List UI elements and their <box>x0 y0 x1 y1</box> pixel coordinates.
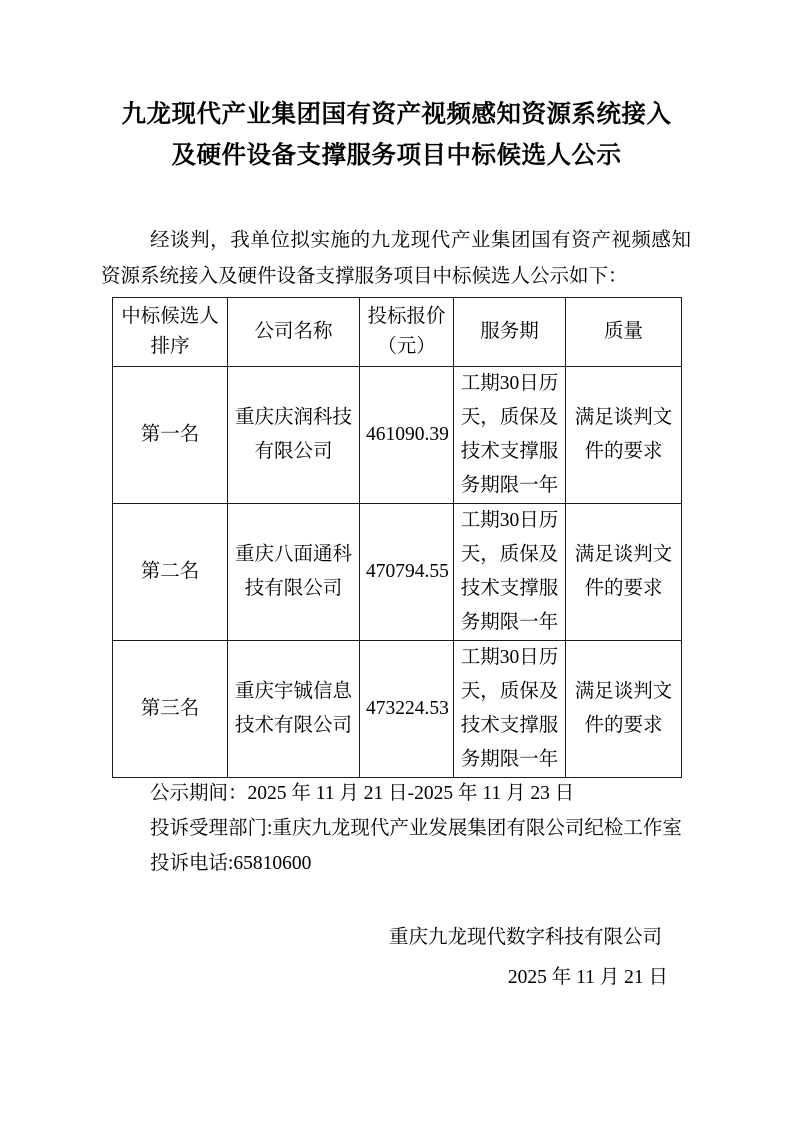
document-page: 九龙现代产业集团国有资产视频感知资源系统接入 及硬件设备支撑服务项目中标候选人公… <box>0 0 793 1122</box>
table-row: 第三名 重庆宇铖信息 技术有限公司 473224.53 工期30日历 天，质保及… <box>113 641 682 778</box>
rank-cell: 第一名 <box>113 367 228 504</box>
footer-notes: 公示期间：2025 年 11 月 21 日-2025 年 11 月 23 日 投… <box>150 776 693 881</box>
notice-period-text: 公示期间：2025 年 11 月 21 日-2025 年 11 月 23 日 <box>150 776 693 811</box>
company-cell: 重庆宇铖信息 技术有限公司 <box>228 641 360 778</box>
service-cell: 工期30日历 天，质保及 技术支撑服 务期限一年 <box>454 367 566 504</box>
quality-cell: 满足谈判文 件的要求 <box>566 641 682 778</box>
issue-date: 2025 年 11 月 21 日 <box>0 958 793 998</box>
header-service-period: 服务期 <box>454 298 566 367</box>
quality-cell: 满足谈判文 件的要求 <box>566 504 682 641</box>
company-cell: 重庆庆润科技 有限公司 <box>228 367 360 504</box>
page-title: 九龙现代产业集团国有资产视频感知资源系统接入 及硬件设备支撑服务项目中标候选人公… <box>0 0 793 176</box>
service-cell: 工期30日历 天，质保及 技术支撑服 务期限一年 <box>454 504 566 641</box>
service-cell: 工期30日历 天，质保及 技术支撑服 务期限一年 <box>454 641 566 778</box>
table-row: 第一名 重庆庆润科技 有限公司 461090.39 工期30日历 天，质保及 技… <box>113 367 682 504</box>
complaint-phone-text: 投诉电话:65810600 <box>150 846 693 881</box>
price-cell: 473224.53 <box>360 641 454 778</box>
signature-block: 重庆九龙现代数字科技有限公司 2025 年 11 月 21 日 <box>0 918 793 998</box>
quality-cell: 满足谈判文 件的要求 <box>566 367 682 504</box>
rank-cell: 第二名 <box>113 504 228 641</box>
header-price: 投标报价 （元） <box>360 298 454 367</box>
table-row: 第二名 重庆八面通科 技有限公司 470794.55 工期30日历 天，质保及 … <box>113 504 682 641</box>
price-cell: 461090.39 <box>360 367 454 504</box>
page-title-line2: 及硬件设备支撑服务项目中标候选人公示 <box>0 135 793 176</box>
candidates-table: 中标候选人 排序 公司名称 投标报价 （元） 服务期 质量 <box>112 297 682 778</box>
table-header-row: 中标候选人 排序 公司名称 投标报价 （元） 服务期 质量 <box>113 298 682 367</box>
header-rank: 中标候选人 排序 <box>113 298 228 367</box>
rank-cell: 第三名 <box>113 641 228 778</box>
complaint-dept-text: 投诉受理部门:重庆九龙现代产业发展集团有限公司纪检工作室 <box>150 811 693 846</box>
page-title-line1: 九龙现代产业集团国有资产视频感知资源系统接入 <box>0 94 793 135</box>
price-cell: 470794.55 <box>360 504 454 641</box>
issuer-name: 重庆九龙现代数字科技有限公司 <box>0 918 793 958</box>
intro-paragraph: 经谈判，我单位拟实施的九龙现代产业集团国有资产视频感知资源系统接入及硬件设备支撑… <box>101 223 691 295</box>
header-company: 公司名称 <box>228 298 360 367</box>
header-quality: 质量 <box>566 298 682 367</box>
company-cell: 重庆八面通科 技有限公司 <box>228 504 360 641</box>
